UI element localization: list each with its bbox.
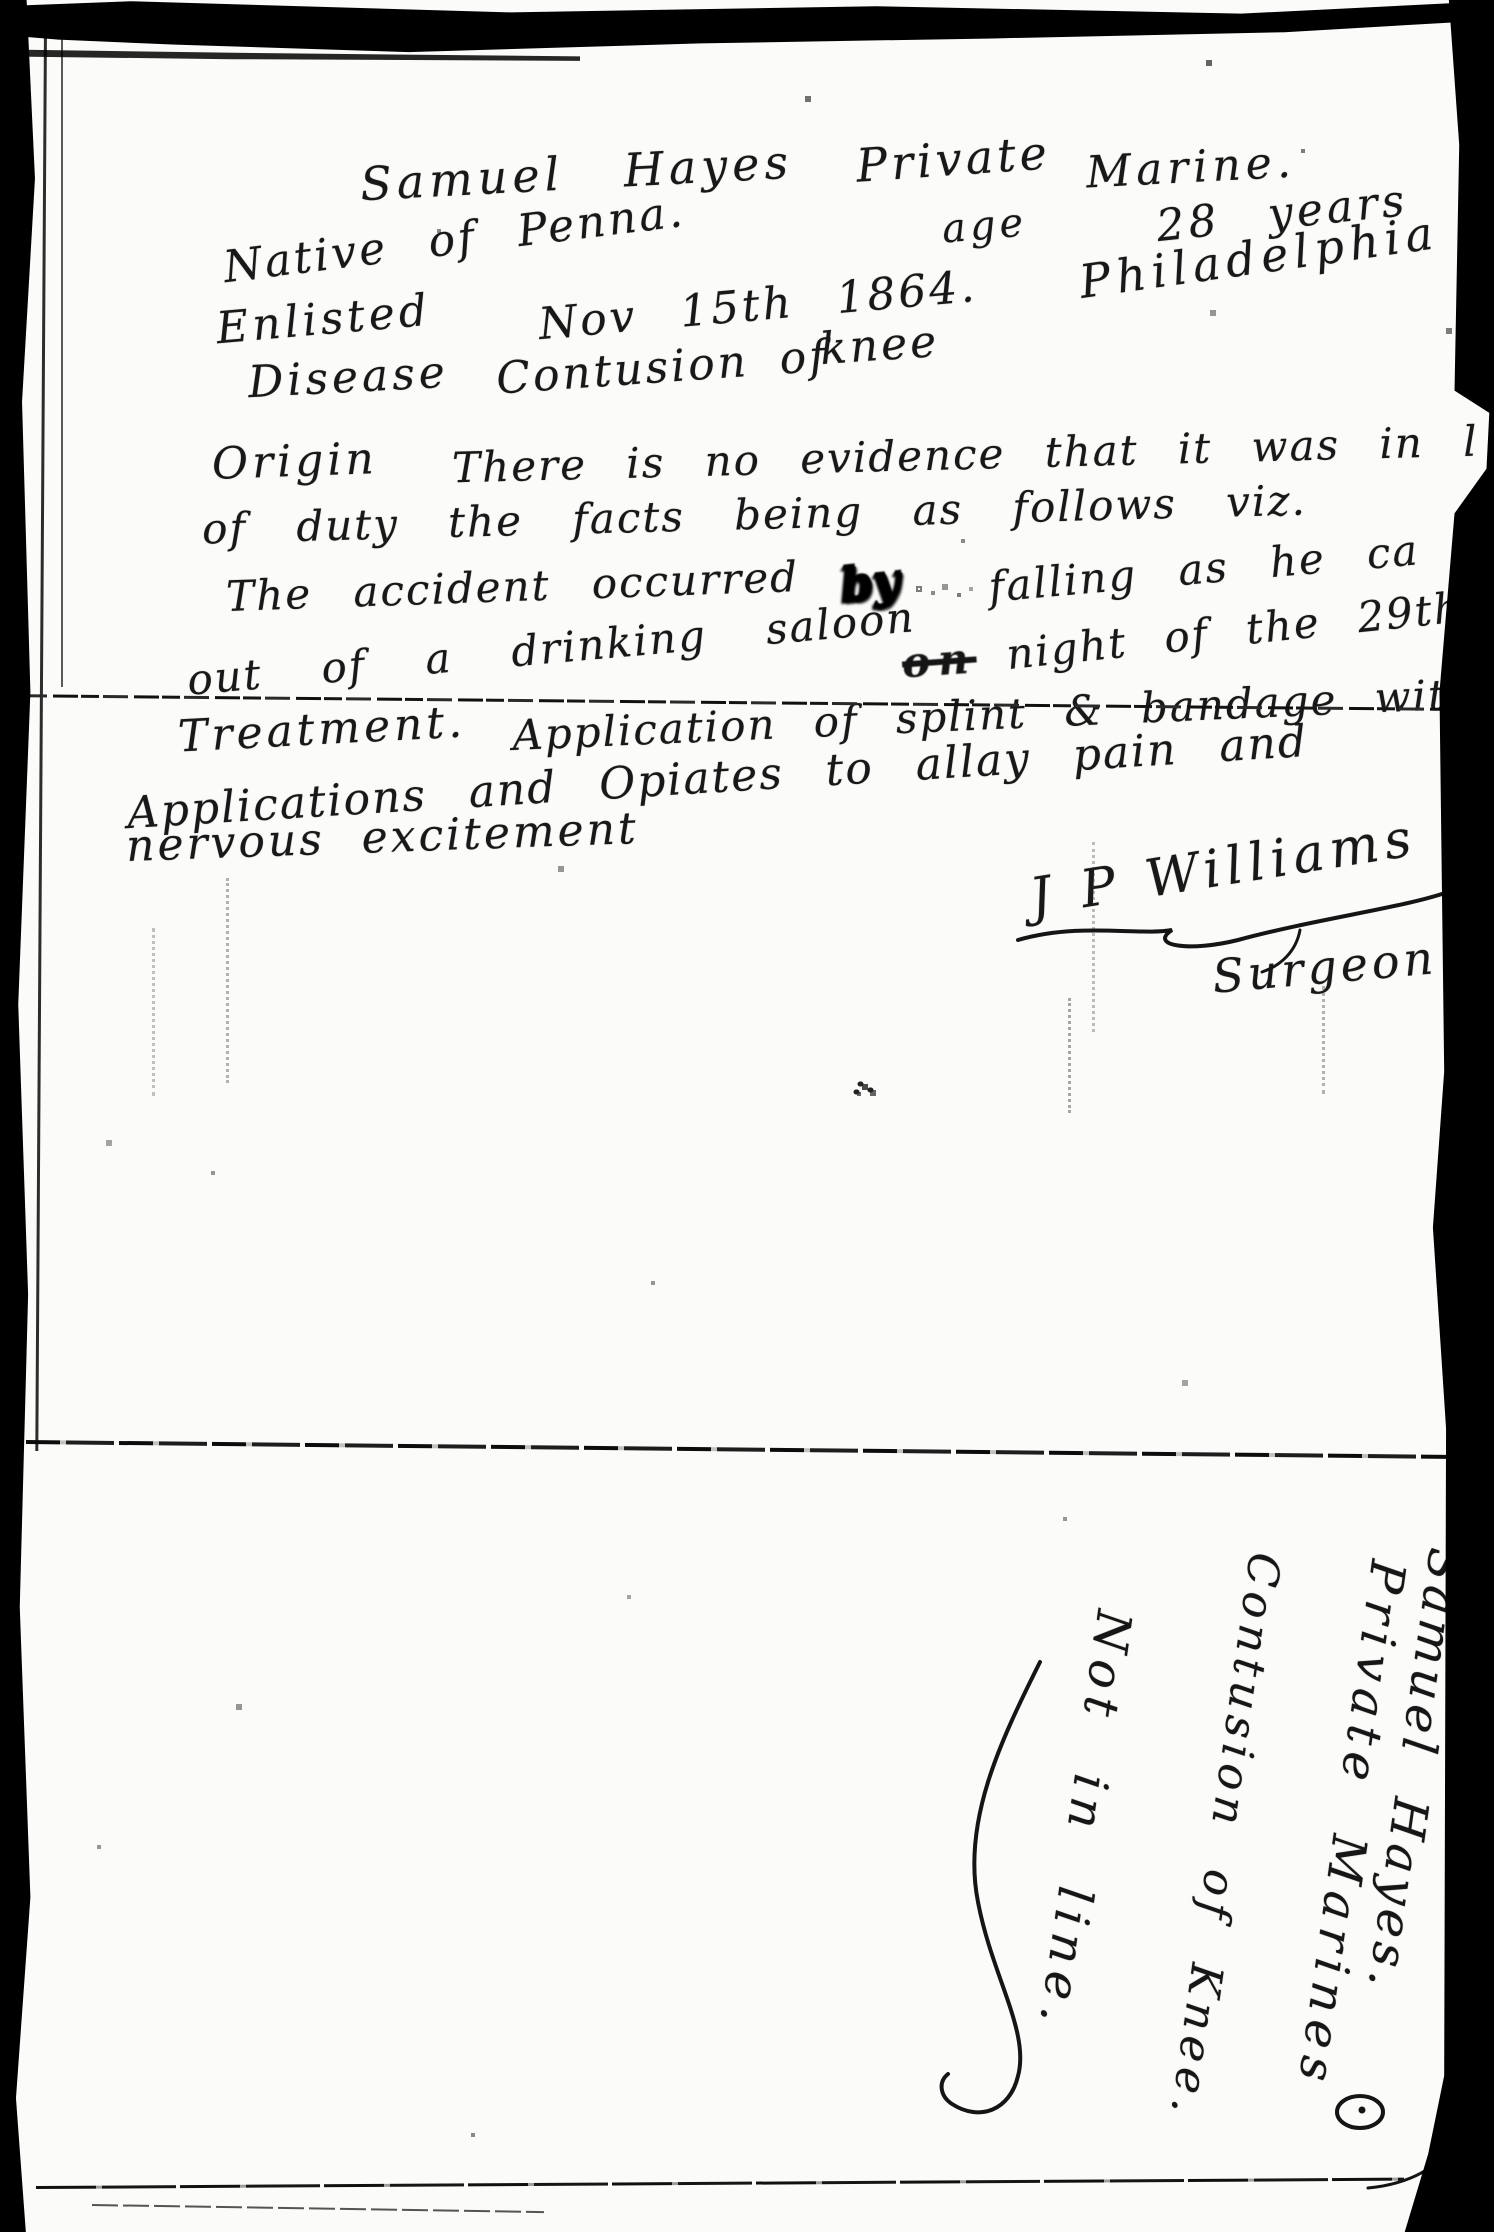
docket-duty-status: Not in line. [1031, 1607, 1138, 2034]
enlisted-label: Enlisted [214, 289, 432, 352]
surgeon-signature: J P Williams [1026, 812, 1420, 925]
scanned-document-page: Samuel Hayes Private Marine. age 28 year… [0, 0, 1494, 2232]
disease-label: Disease [247, 351, 450, 405]
scan-artifact-dots [1068, 998, 1071, 1113]
circled-mark-dot [1359, 2107, 1366, 2114]
scan-artifact-dots [226, 878, 229, 1083]
disease-value-inserted-word: knee [819, 320, 941, 372]
origin-label: Origin [211, 437, 378, 487]
scan-artifact-dots [152, 928, 155, 1096]
scan-artifact-dots [1092, 842, 1095, 1032]
docket-bracket-flourish [942, 1662, 1040, 2112]
origin-line-2: of duty the facts being as follows viz. [202, 480, 1308, 551]
fold-crease-bottom [36, 2178, 1404, 2189]
fold-crease-bottom-secondary [92, 2204, 544, 2213]
treatment-label: Treatment. [177, 700, 467, 759]
ink-dots-mark [856, 1084, 871, 1092]
ink-blot-crossed-word: by [838, 557, 901, 609]
docket-disease: Contusion of Knee. [1163, 1550, 1286, 2123]
circled-mark [1337, 2096, 1383, 2128]
patient-name: Samuel Hayes [359, 139, 794, 208]
struck-out-word: on [901, 637, 978, 684]
page-fold-edge-line-inner [61, 32, 63, 687]
scan-edge-left [0, 0, 38, 2232]
age-label: age [940, 202, 1028, 249]
scan-edge-top-streak [0, 48, 580, 62]
service-branch: Marine. [1085, 141, 1297, 196]
scan-artifact-dots [1322, 986, 1325, 1094]
ink-smudge [918, 588, 920, 590]
fold-crease-middle [26, 1440, 1494, 1459]
patient-rank: Private [855, 129, 1053, 188]
origin-line-1: There is no evidence that it was in l [452, 421, 1480, 490]
page-fold-edge-line [35, 26, 47, 1451]
